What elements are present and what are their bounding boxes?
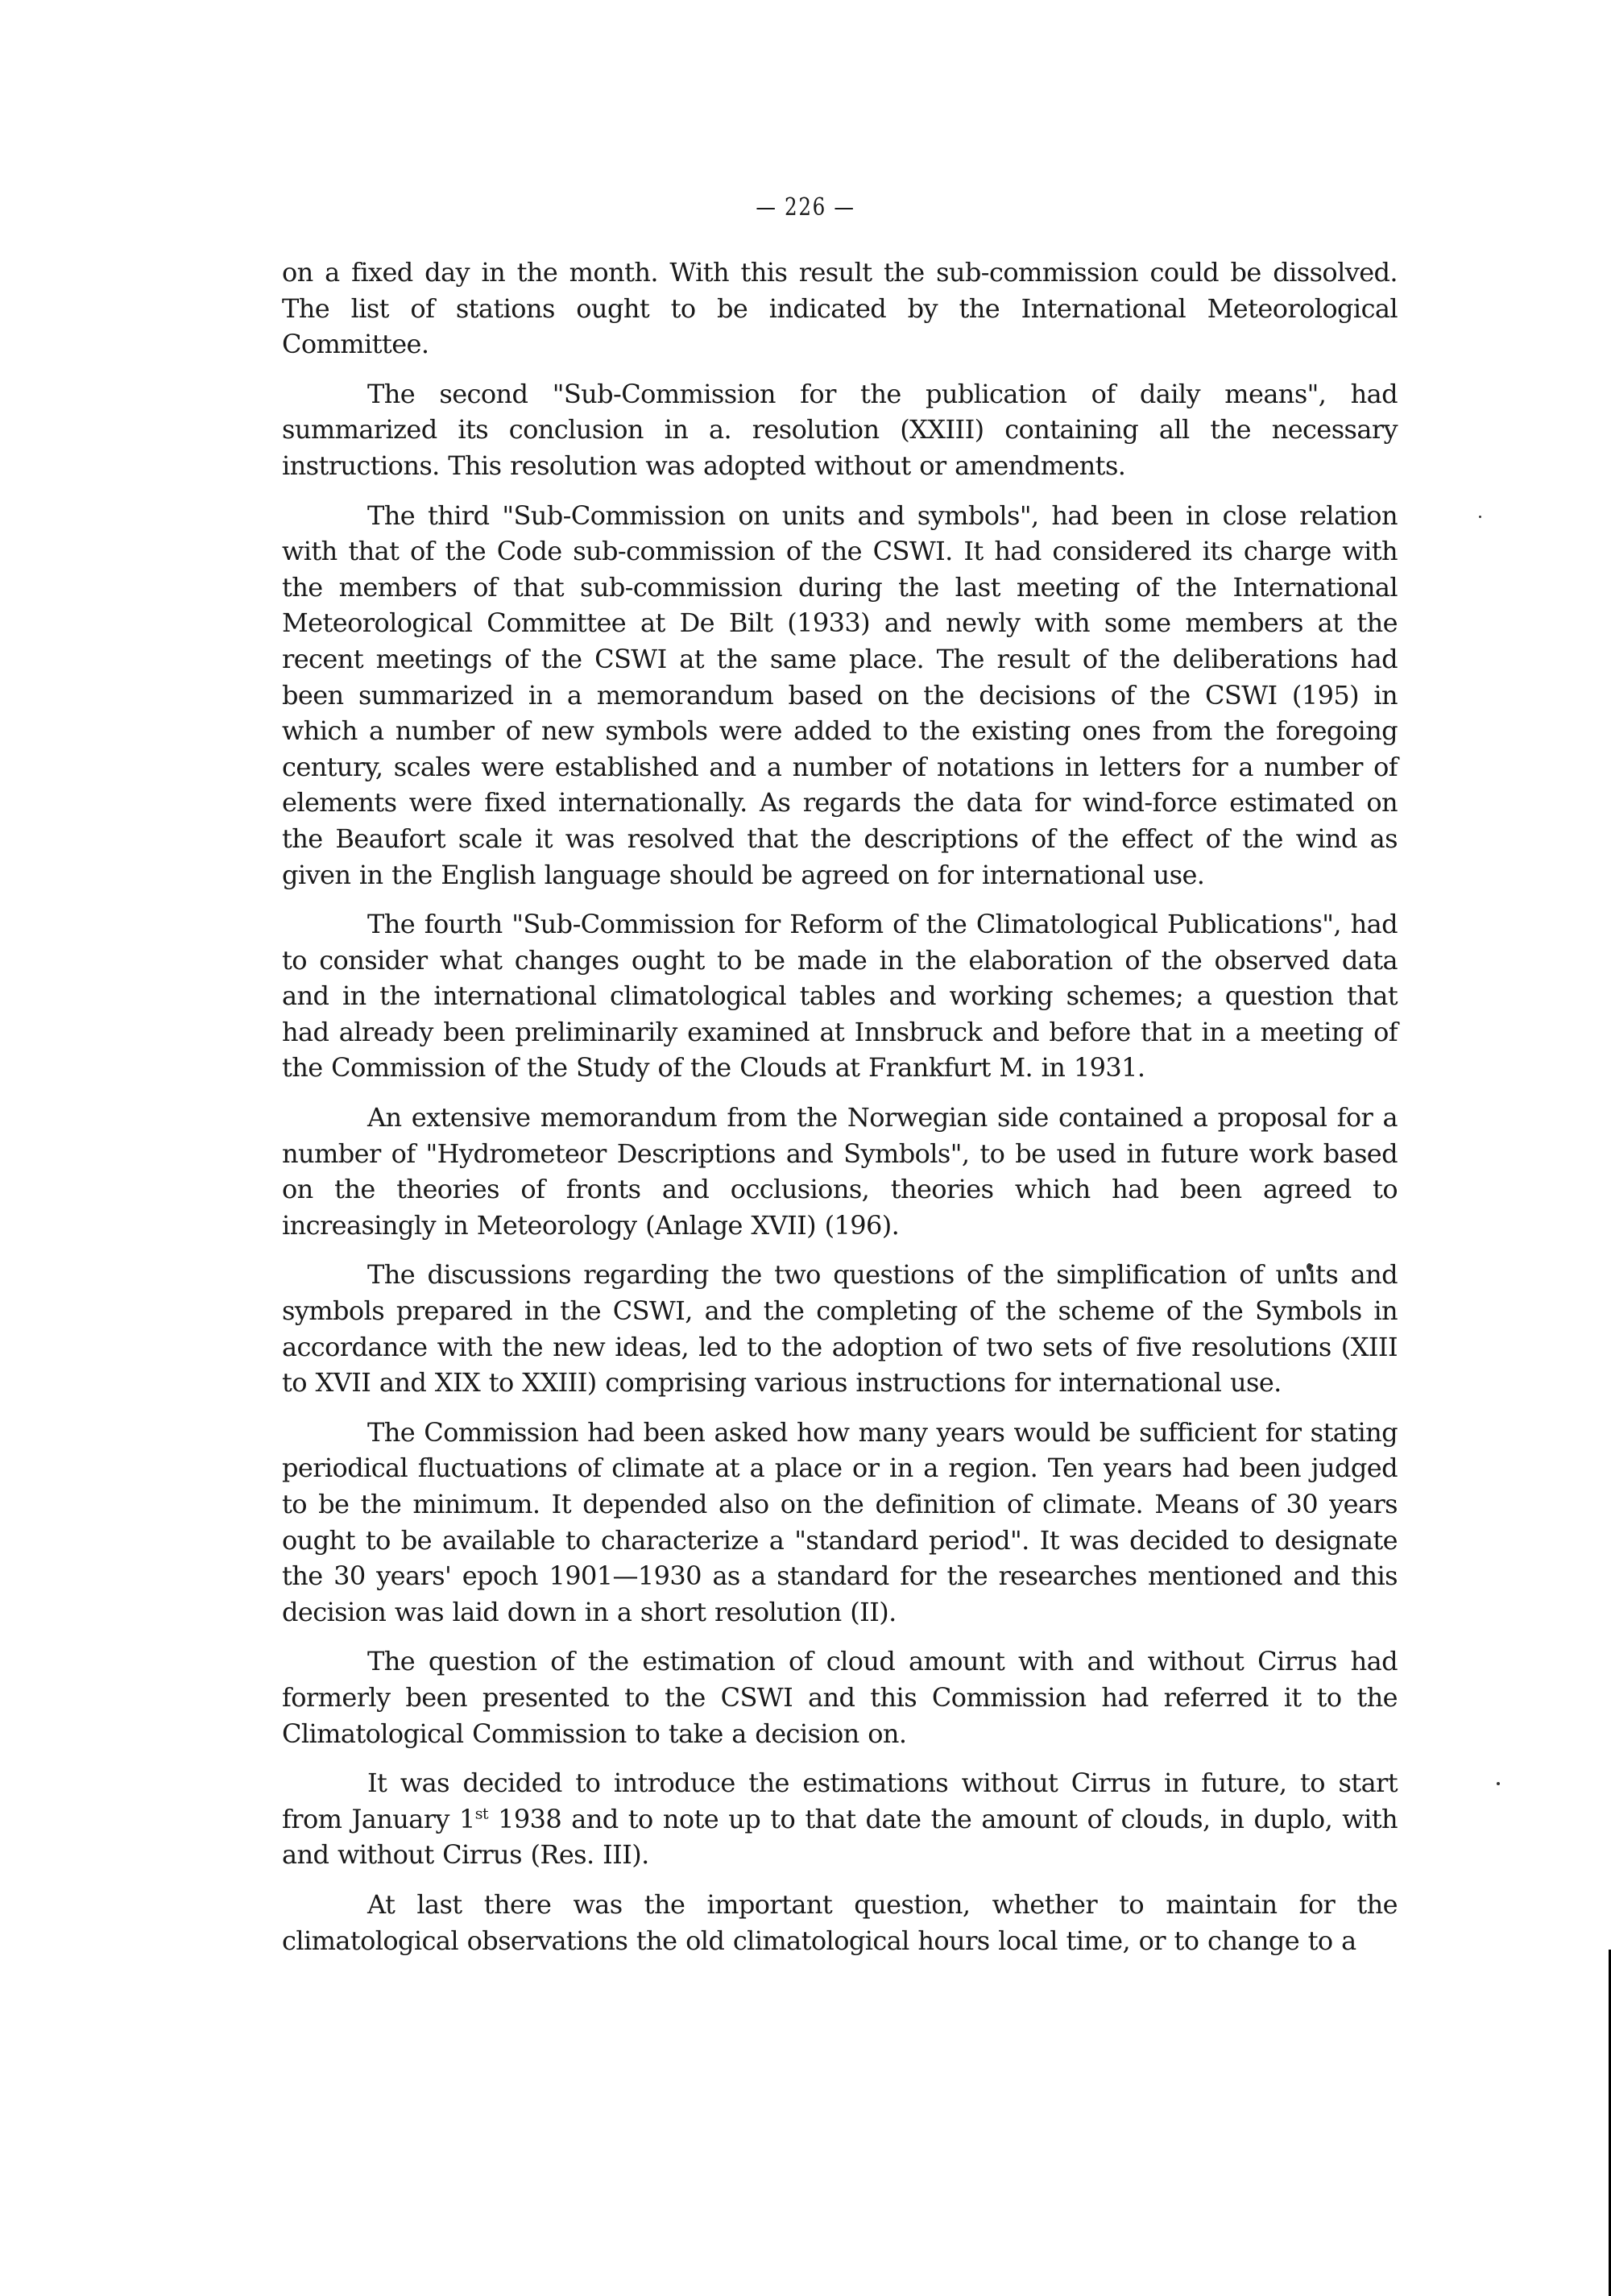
paragraph-standard-period: The Commission had been asked how many y… (282, 1415, 1398, 1631)
paragraph-norwegian-memorandum: An extensive memorandum from the Norwegi… (282, 1100, 1398, 1243)
ordinal-suffix: st (475, 1805, 488, 1822)
paragraph-third-subcommission: The third "Sub-Commission on units and s… (282, 498, 1398, 893)
scan-speck (1497, 1782, 1500, 1785)
paragraph-cirrus-decision: It was decided to introduce the estimati… (282, 1765, 1398, 1873)
scan-speck (1479, 516, 1481, 518)
document-body: on a fixed day in the month. With this r… (282, 255, 1398, 1972)
page-number: — 226 — (145, 193, 1466, 222)
paragraph-fourth-subcommission: The fourth "Sub-Commission for Reform of… (282, 906, 1398, 1086)
paragraph-cloud-estimation: The question of the estimation of cloud … (282, 1643, 1398, 1751)
paragraph-discussions: The discussions regarding the two questi… (282, 1257, 1398, 1400)
paragraph-climatological-hours: At last there was the important question… (282, 1887, 1398, 1958)
paragraph-second-subcommission: The second "Sub-Commission for the publi… (282, 376, 1398, 484)
scan-speck (1307, 1263, 1312, 1270)
paragraph-continuation: on a fixed day in the month. With this r… (282, 255, 1398, 363)
